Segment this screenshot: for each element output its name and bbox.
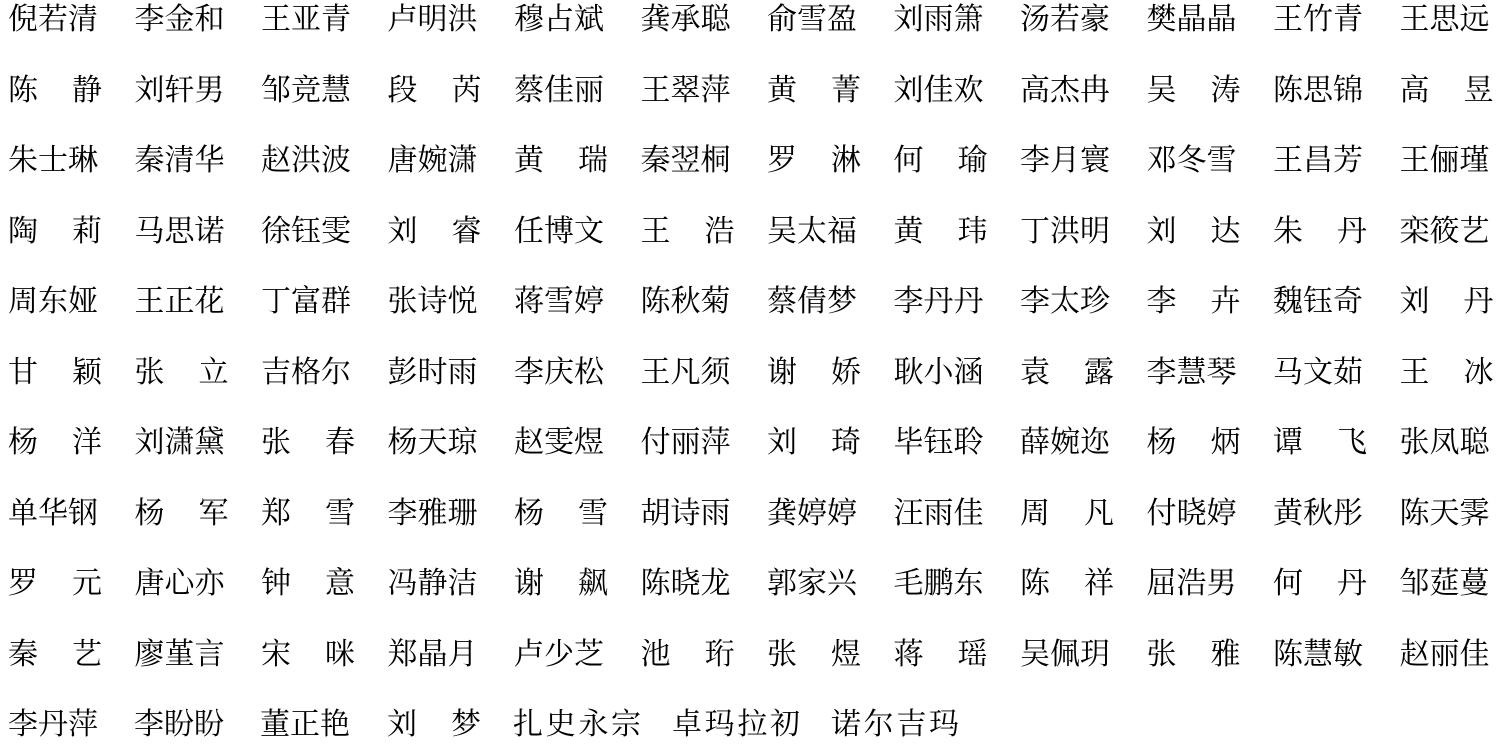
person-name: 耿小涵 [894,353,988,393]
person-name: 张雅 [1147,635,1241,675]
person-name: 杨天琼 [388,423,482,463]
person-name: 诺尔吉玛 [831,705,959,745]
person-name: 丁洪明 [1020,212,1114,252]
person-name: 李太珍 [1020,282,1114,322]
person-name: 高昱 [1400,71,1494,111]
person-name: 黄玮 [894,212,988,252]
person-name: 杨洋 [8,423,102,463]
person-name: 何丹 [1273,564,1367,604]
person-name: 陈慧敏 [1273,635,1367,675]
name-row: 陈静刘轩男邹竞慧段芮蔡佳丽王翠萍黄菁刘佳欢高杰冉吴涛陈思锦高昱 [0,71,1504,111]
person-name: 吴太福 [767,212,861,252]
person-name: 蒋瑶 [894,635,988,675]
name-row: 周东娅王正花丁富群张诗悦蒋雪婷陈秋菊蔡倩梦李丹丹李太珍李卉魏钰奇刘丹 [0,282,1504,322]
person-name: 董正艳 [260,705,354,745]
name-row: 朱士琳秦清华赵洪波唐婉潇黄瑞秦翌桐罗淋何瑜李月寰邓冬雪王昌芳王俪瑾 [0,141,1504,181]
person-name: 赵洪波 [261,141,355,181]
person-name: 李庆松 [514,353,608,393]
person-name: 杨雪 [514,494,608,534]
person-name: 丁富群 [261,282,355,322]
person-name: 谢飙 [514,564,608,604]
person-name: 唐心亦 [135,564,229,604]
person-name: 黄秋彤 [1273,494,1367,534]
person-name: 郭家兴 [767,564,861,604]
person-name: 甘颖 [8,353,102,393]
person-name: 倪若清 [8,0,102,40]
person-name: 黄菁 [767,71,861,111]
person-name: 李丹萍 [8,705,102,745]
person-name: 高杰冉 [1020,71,1114,111]
person-name: 黄瑞 [514,141,608,181]
person-name: 何瑜 [894,141,988,181]
person-name: 张立 [135,353,229,393]
person-name: 陈思锦 [1273,71,1367,111]
person-name: 蔡佳丽 [514,71,608,111]
person-name: 吉格尔 [261,353,355,393]
person-name: 刘佳欢 [894,71,988,111]
person-name: 罗淋 [767,141,861,181]
person-name: 刘潇黛 [135,423,229,463]
person-name: 毕钰聆 [894,423,988,463]
person-name: 袁露 [1020,353,1114,393]
person-name: 卓玛拉初 [672,705,800,745]
person-name: 俞雪盈 [767,0,861,40]
person-name: 扎史永宗 [513,705,641,745]
person-name: 刘梦 [387,705,481,745]
person-name: 杨军 [135,494,229,534]
person-name: 吴涛 [1147,71,1241,111]
person-name: 周东娅 [8,282,102,322]
person-name: 薛婉迩 [1020,423,1114,463]
person-name: 邹莚蔓 [1400,564,1494,604]
person-name: 段芮 [388,71,482,111]
person-name: 樊晶晶 [1147,0,1241,40]
person-name: 李雅珊 [388,494,482,534]
person-name: 王亚青 [261,0,355,40]
person-name: 栾筱艺 [1400,212,1494,252]
person-name: 杨炳 [1147,423,1241,463]
person-name: 刘雨箫 [894,0,988,40]
person-name: 李金和 [135,0,229,40]
person-name: 陈静 [8,71,102,111]
name-row: 李丹萍李盼盼董正艳刘梦扎史永宗卓玛拉初诺尔吉玛 [0,705,1504,745]
person-name: 秦翌桐 [641,141,735,181]
person-name: 胡诗雨 [641,494,735,534]
person-name: 穆占斌 [514,0,608,40]
person-name: 李卉 [1147,282,1241,322]
person-name: 卢明洪 [388,0,482,40]
person-name: 任博文 [514,212,608,252]
person-name: 李慧琴 [1147,353,1241,393]
person-name: 王翠萍 [641,71,735,111]
person-name: 王凡须 [641,353,735,393]
person-name: 赵丽佳 [1400,635,1494,675]
person-name: 李丹丹 [894,282,988,322]
person-name: 刘丹 [1400,282,1494,322]
name-list-document: 倪若清李金和王亚青卢明洪穆占斌龚承聪俞雪盈刘雨箫汤若豪樊晶晶王竹青王思远陈静刘轩… [0,0,1504,750]
person-name: 吴佩玥 [1020,635,1114,675]
person-name: 朱士琳 [8,141,102,181]
name-row: 杨洋刘潇黛张春杨天琼赵雯煜付丽萍刘琦毕钰聆薛婉迩杨炳谭飞张凤聪 [0,423,1504,463]
person-name: 秦艺 [8,635,102,675]
person-name: 王浩 [641,212,735,252]
person-name: 蔡倩梦 [767,282,861,322]
person-name: 赵雯煜 [514,423,608,463]
person-name: 周凡 [1020,494,1114,534]
person-name: 谭飞 [1273,423,1367,463]
person-name: 王昌芳 [1273,141,1367,181]
person-name: 陶莉 [8,212,102,252]
person-name: 毛鹏东 [894,564,988,604]
person-name: 王正花 [135,282,229,322]
person-name: 张煜 [767,635,861,675]
person-name: 付晓婷 [1147,494,1241,534]
name-row: 倪若清李金和王亚青卢明洪穆占斌龚承聪俞雪盈刘雨箫汤若豪樊晶晶王竹青王思远 [0,0,1504,40]
person-name: 张春 [261,423,355,463]
name-row: 甘颖张立吉格尔彭时雨李庆松王凡须谢娇耿小涵袁露李慧琴马文茹王冰 [0,353,1504,393]
person-name: 汤若豪 [1020,0,1114,40]
person-name: 彭时雨 [388,353,482,393]
person-name: 郑晶月 [388,635,482,675]
person-name: 屈浩男 [1147,564,1241,604]
person-name: 廖堇言 [135,635,229,675]
person-name: 蒋雪婷 [514,282,608,322]
person-name: 王冰 [1400,353,1494,393]
person-name: 郑雪 [261,494,355,534]
person-name: 龚婷婷 [767,494,861,534]
person-name: 刘达 [1147,212,1241,252]
person-name: 马文茹 [1273,353,1367,393]
name-row: 罗元唐心亦钟意冯静洁谢飙陈晓龙郭家兴毛鹏东陈祥屈浩男何丹邹莚蔓 [0,564,1504,604]
person-name: 秦清华 [135,141,229,181]
person-name: 龚承聪 [641,0,735,40]
person-name: 唐婉潇 [388,141,482,181]
person-name: 张诗悦 [388,282,482,322]
person-name: 汪雨佳 [894,494,988,534]
person-name: 李月寰 [1020,141,1114,181]
person-name: 冯静洁 [388,564,482,604]
person-name: 池珩 [641,635,735,675]
name-row: 秦艺廖堇言宋咪郑晶月卢少芝池珩张煜蒋瑶吴佩玥张雅陈慧敏赵丽佳 [0,635,1504,675]
person-name: 王思远 [1400,0,1494,40]
person-name: 王俪瑾 [1400,141,1494,181]
person-name: 朱丹 [1273,212,1367,252]
person-name: 卢少芝 [514,635,608,675]
person-name: 陈天霁 [1400,494,1494,534]
person-name: 宋咪 [261,635,355,675]
name-row: 陶莉马思诺徐钰雯刘睿任博文王浩吴太福黄玮丁洪明刘达朱丹栾筱艺 [0,212,1504,252]
person-name: 罗元 [8,564,102,604]
person-name: 陈祥 [1020,564,1114,604]
person-name: 钟意 [261,564,355,604]
person-name: 马思诺 [135,212,229,252]
person-name: 单华钢 [8,494,102,534]
name-row: 单华钢杨军郑雪李雅珊杨雪胡诗雨龚婷婷汪雨佳周凡付晓婷黄秋彤陈天霁 [0,494,1504,534]
person-name: 刘睿 [388,212,482,252]
person-name: 谢娇 [767,353,861,393]
person-name: 邹竞慧 [261,71,355,111]
person-name: 王竹青 [1273,0,1367,40]
person-name: 刘琦 [767,423,861,463]
person-name: 邓冬雪 [1147,141,1241,181]
person-name: 魏钰奇 [1273,282,1367,322]
person-name: 付丽萍 [641,423,735,463]
person-name: 刘轩男 [135,71,229,111]
person-name: 徐钰雯 [261,212,355,252]
person-name: 陈秋菊 [641,282,735,322]
person-name: 陈晓龙 [641,564,735,604]
person-name: 张凤聪 [1400,423,1494,463]
person-name: 李盼盼 [134,705,228,745]
